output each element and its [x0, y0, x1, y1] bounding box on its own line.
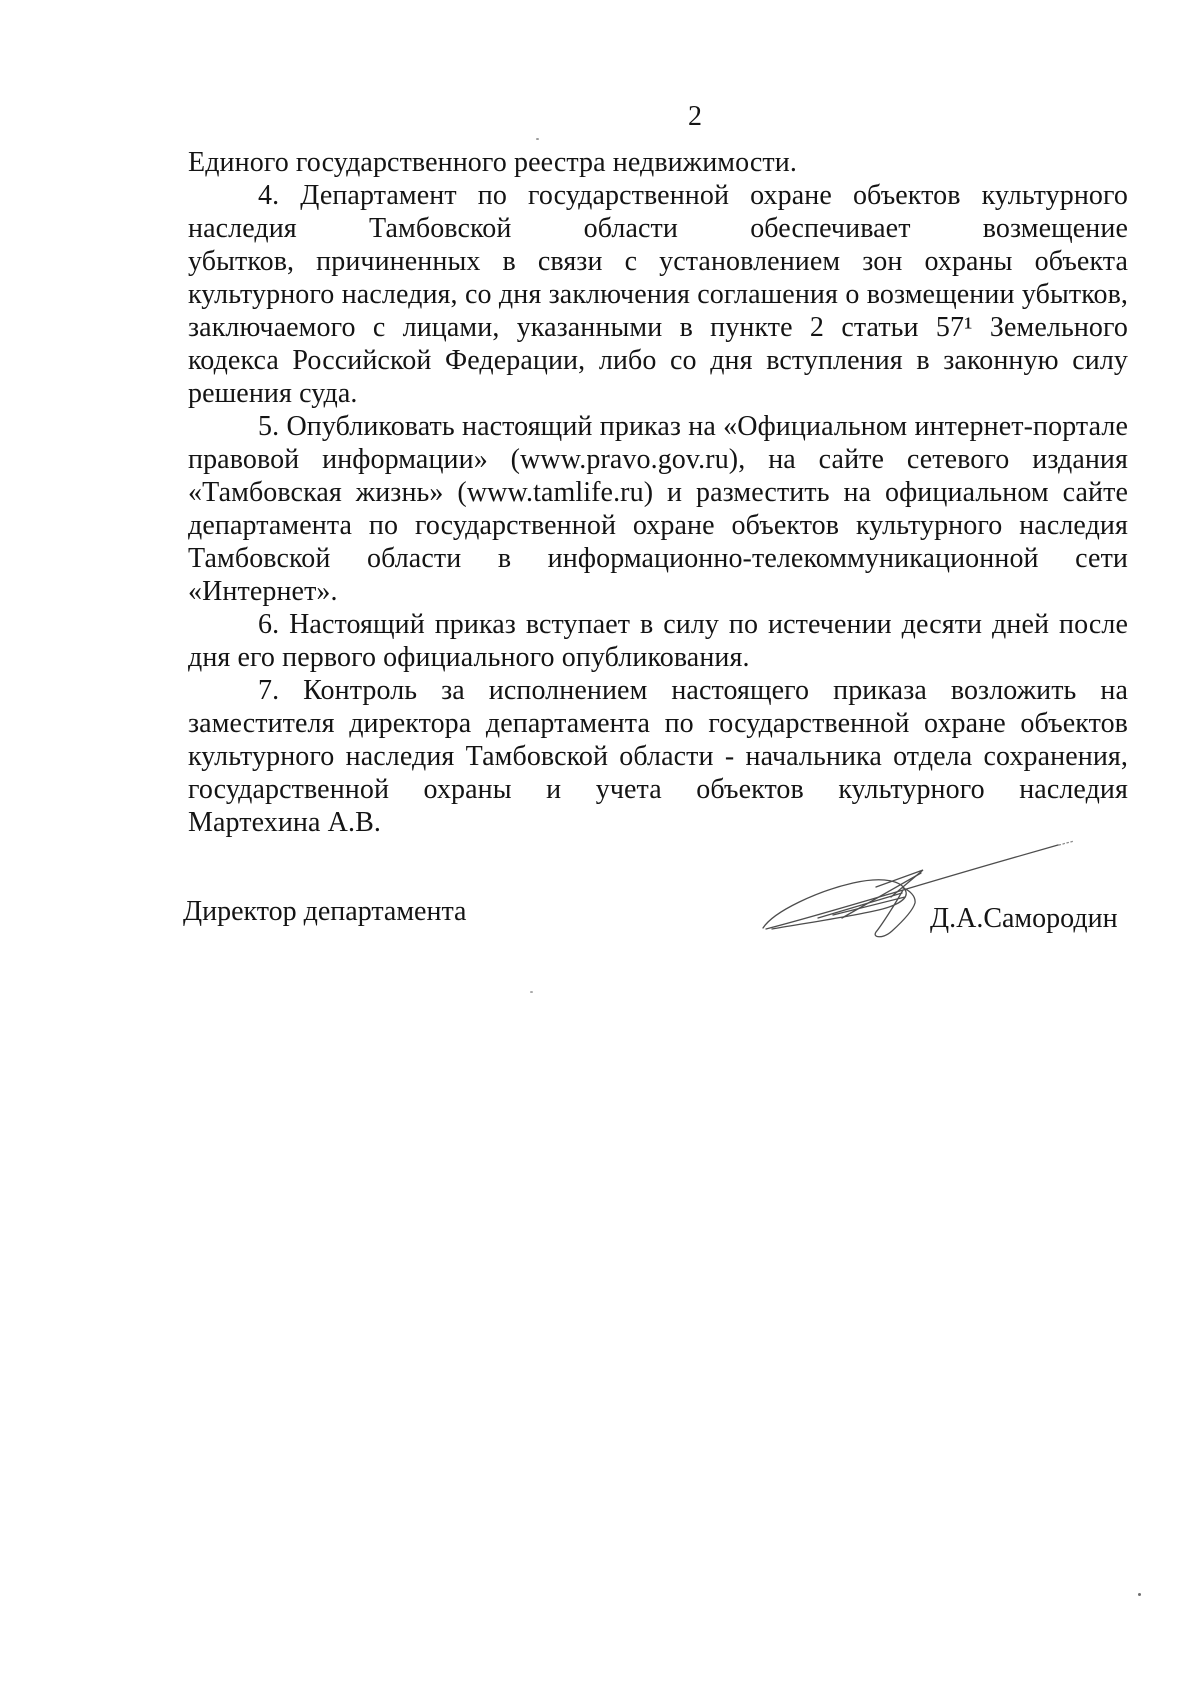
- text-line: решения суда.: [188, 377, 1128, 410]
- text-line: заместителя директора департамента по го…: [188, 707, 1128, 740]
- text-line: 4. Департамент по государственной охране…: [188, 179, 1128, 212]
- text-line: культурного наследия Тамбовской области …: [188, 740, 1128, 773]
- text-line: правовой информации» (www.pravo.gov.ru),…: [188, 443, 1128, 476]
- signoff-title: Директор департамента: [183, 895, 466, 928]
- scan-speck: [1138, 1593, 1141, 1596]
- text-line: 5. Опубликовать настоящий приказ на «Офи…: [188, 410, 1128, 443]
- text-line: дня его первого официального опубликован…: [188, 641, 1128, 674]
- text-line: Единого государственного реестра недвижи…: [188, 146, 1128, 179]
- scan-speck: [536, 138, 539, 140]
- scan-speck: [530, 991, 533, 993]
- text-line: культурного наследия, со дня заключения …: [188, 278, 1128, 311]
- text-line: убытков, причиненных в связи с установле…: [188, 245, 1128, 278]
- text-line: кодекса Российской Федерации, либо со дн…: [188, 344, 1128, 377]
- text-line: «Интернет».: [188, 575, 1128, 608]
- document-body: Единого государственного реестра недвижи…: [188, 146, 1128, 839]
- text-line: Тамбовской области в информационно-телек…: [188, 542, 1128, 575]
- text-line: департамента по государственной охране о…: [188, 509, 1128, 542]
- page-number: 2: [688, 102, 702, 132]
- signoff-name: Д.А.Самородин: [930, 902, 1118, 935]
- text-line: заключаемого с лицами, указанными в пунк…: [188, 311, 1128, 344]
- text-line: наследия Тамбовской области обеспечивает…: [188, 212, 1128, 245]
- document-page: 2 Единого государственного реестра недви…: [0, 0, 1200, 1697]
- text-line: государственной охраны и учета объектов …: [188, 773, 1128, 806]
- text-line: «Тамбовская жизнь» (www.tamlife.ru) и ра…: [188, 476, 1128, 509]
- text-line: 6. Настоящий приказ вступает в силу по и…: [188, 608, 1128, 641]
- text-line: 7. Контроль за исполнением настоящего пр…: [188, 674, 1128, 707]
- signature-scribble-icon: [690, 830, 1090, 960]
